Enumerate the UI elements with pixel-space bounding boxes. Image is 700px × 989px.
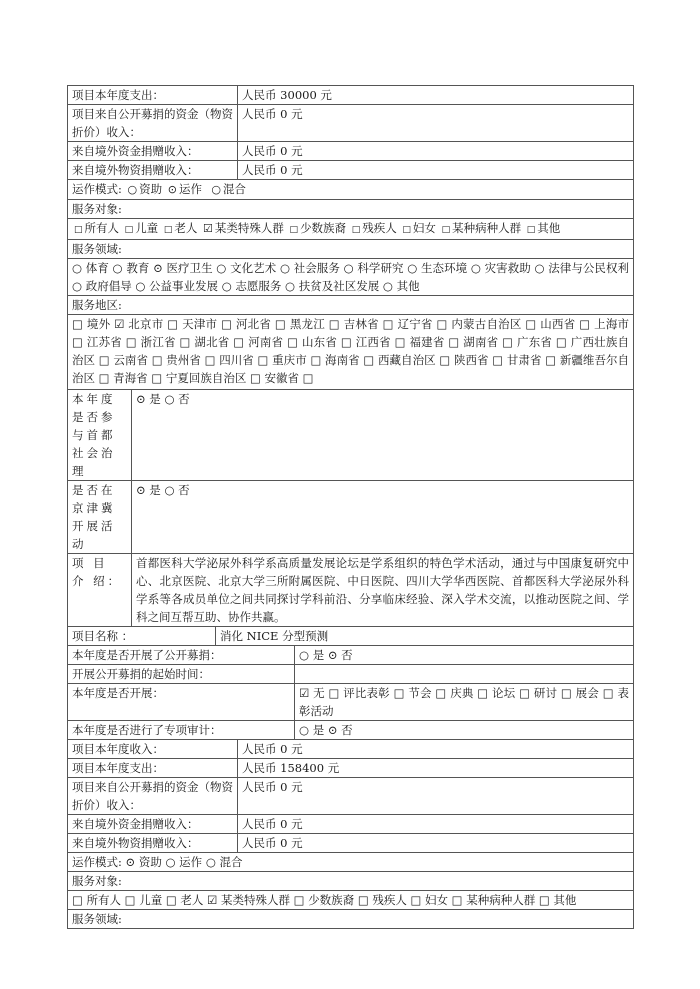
row-expense: 项目本年度支出： 人民币 30000 元 (68, 86, 634, 105)
radio-selected-icon[interactable]: ⊙ (168, 181, 177, 199)
radio-unselected-icon[interactable]: ○ (211, 181, 221, 199)
operation-mode-label: 运作模式: (72, 855, 122, 869)
row-service-fields-label: 服务领域: (68, 240, 634, 259)
row-foreign-goods2: 来自境外物资捐赠收入： 人民币 0 元 (68, 834, 634, 853)
service-targets-label: 服务对象: (68, 872, 634, 891)
capital-governance-label: 本年度是否参与首都社会治理 (68, 390, 132, 481)
activities-value[interactable]: ☑ 无 □ 评比表彰 □ 节会 □ 庆典 □ 论坛 □ 研讨 □ 展会 □ 表彰… (295, 684, 634, 721)
operation-mode: 运作模式: ○资助 ⊙运作 ○混合 (68, 180, 634, 200)
checkbox-checked-icon[interactable]: ☑ (203, 220, 213, 238)
checkbox-icon[interactable]: □ (402, 221, 411, 239)
checkbox-icon[interactable]: □ (442, 221, 451, 239)
foreign-goods-label: 来自境外物资捐赠收入： (68, 834, 238, 853)
service-regions-options[interactable]: □ 境外 ☑ 北京市 □ 天津市 □ 河北省 □ 黑龙江 □ 吉林省 □ 辽宁省… (68, 315, 634, 390)
checkbox-icon[interactable]: □ (125, 221, 134, 239)
row-jjj-activity: 是否在京津冀开展活动 ⊙ 是 ○ 否 (68, 481, 634, 554)
foreign-cash-value: 人民币 0 元 (238, 815, 634, 834)
row-service-targets-label2: 服务对象: (68, 872, 634, 891)
foreign-goods-value: 人民币 0 元 (238, 834, 634, 853)
project-name-label: 项目名称 ： (68, 627, 216, 646)
row-income: 项目本年度收入： 人民币 0 元 (68, 740, 634, 759)
start-time-value (295, 665, 634, 684)
foreign-cash-value: 人民币 0 元 (238, 142, 634, 161)
audit-label: 本年度是否进行了专项审计： (68, 721, 295, 740)
option-label: 少数族裔 (300, 221, 346, 235)
option-label: 妇女 (413, 221, 436, 235)
row-foreign-cash2: 来自境外资金捐赠收入： 人民币 0 元 (68, 815, 634, 834)
expense-label: 项目本年度支出： (68, 86, 238, 105)
expense-value: 人民币 30000 元 (238, 86, 634, 105)
row-operation-mode: 运作模式: ○资助 ⊙运作 ○混合 (68, 180, 634, 200)
service-fields-options[interactable]: ○ 体育 ○ 教育 ⊙ 医疗卫生 ○ 文化艺术 ○ 社会服务 ○ 科学研究 ○ … (68, 259, 634, 296)
option-label: 资助 (139, 182, 162, 196)
income-value: 人民币 0 元 (238, 740, 634, 759)
foreign-cash-label: 来自境外资金捐赠收入： (68, 142, 238, 161)
operation-mode-options[interactable]: ⊙ 资助 ○ 运作 ○ 混合 (126, 855, 243, 869)
start-time-label: 开展公开募捐的起始时间： (68, 665, 295, 684)
public-fund-value: 人民币 0 元 (238, 105, 634, 142)
project-table-section3: 项目本年度收入： 人民币 0 元 项目本年度支出： 人民币 158400 元 项… (67, 739, 634, 929)
jjj-activity-label: 是否在京津冀开展活动 (68, 481, 132, 554)
service-fields-label: 服务领域: (68, 240, 634, 259)
row-public-fund: 项目来自公开募捐的资金（物资折价）收入： 人民币 0 元 (68, 105, 634, 142)
project-table: 项目本年度支出： 人民币 30000 元 项目来自公开募捐的资金（物资折价）收入… (67, 85, 634, 646)
service-targets-options: □所有人 □儿童 □老人 ☑某类特殊人群 □少数族裔 □残疾人 □妇女 □某种病… (68, 219, 634, 240)
expense-value: 人民币 158400 元 (238, 759, 634, 778)
row-public-fund2: 项目来自公开募捐的资金（物资折价）收入： 人民币 0 元 (68, 778, 634, 815)
checkbox-icon[interactable]: □ (352, 221, 361, 239)
public-fund-value: 人民币 0 元 (238, 778, 634, 815)
row-service-targets2: □ 所有人 □ 儿童 □ 老人 ☑ 某类特殊人群 □ 少数族裔 □ 残疾人 □ … (68, 891, 634, 910)
option-label: 某种病种人群 (452, 221, 521, 235)
row-audit: 本年度是否进行了专项审计： ○ 是 ⊙ 否 (68, 721, 634, 740)
row-service-fields: ○ 体育 ○ 教育 ⊙ 医疗卫生 ○ 文化艺术 ○ 社会服务 ○ 科学研究 ○ … (68, 259, 634, 296)
row-public-fundraising: 本年度是否开展了公开募捐： ○ 是 ⊙ 否 (68, 646, 634, 665)
checkbox-icon[interactable]: □ (290, 221, 299, 239)
checkbox-icon[interactable]: □ (74, 221, 83, 239)
row-service-regions: □ 境外 ☑ 北京市 □ 天津市 □ 河北省 □ 黑龙江 □ 吉林省 □ 辽宁省… (68, 315, 634, 390)
option-label: 某类特殊人群 (215, 221, 284, 235)
intro-text: 首都医科大学泌尿外科学系高质量发展论坛是学系组织的特色学术活动，通过与中国康复研… (132, 554, 634, 627)
option-label: 所有人 (85, 221, 120, 235)
income-label: 项目本年度收入： (68, 740, 238, 759)
row-project-name: 项目名称 ： 消化 NICE 分型预测 (68, 627, 634, 646)
row-capital-governance: 本年度是否参与首都社会治理 ⊙ 是 ○ 否 (68, 390, 634, 481)
row-expense2: 项目本年度支出： 人民币 158400 元 (68, 759, 634, 778)
audit-value[interactable]: ○ 是 ⊙ 否 (295, 721, 634, 740)
report-page: 项目本年度支出： 人民币 30000 元 项目来自公开募捐的资金（物资折价）收入… (67, 85, 633, 929)
activities-label: 本年度是否开展： (68, 684, 295, 721)
public-fundraising-label: 本年度是否开展了公开募捐： (68, 646, 295, 665)
project-name-value: 消化 NICE 分型预测 (216, 627, 634, 646)
option-label: 其他 (537, 221, 560, 235)
row-service-fields-label2: 服务领域: (68, 910, 634, 929)
row-foreign-cash: 来自境外资金捐赠收入： 人民币 0 元 (68, 142, 634, 161)
checkbox-icon[interactable]: □ (164, 221, 173, 239)
row-foreign-goods: 来自境外物资捐赠收入： 人民币 0 元 (68, 161, 634, 180)
public-fund-label: 项目来自公开募捐的资金（物资折价）收入： (68, 778, 238, 815)
service-regions-label: 服务地区: (68, 296, 634, 315)
option-label: 老人 (174, 221, 197, 235)
row-service-regions-label: 服务地区: (68, 296, 634, 315)
intro-label: 项 目 介 绍： (68, 554, 132, 627)
foreign-goods-label: 来自境外物资捐赠收入： (68, 161, 238, 180)
row-service-targets: □所有人 □儿童 □老人 ☑某类特殊人群 □少数族裔 □残疾人 □妇女 □某种病… (68, 219, 634, 240)
checkbox-icon[interactable]: □ (527, 221, 536, 239)
service-targets-label: 服务对象: (68, 200, 634, 219)
option-label: 混合 (223, 182, 246, 196)
project-table-section2: 本年度是否开展了公开募捐： ○ 是 ⊙ 否 开展公开募捐的起始时间： 本年度是否… (67, 645, 634, 740)
operation-mode: 运作模式: ⊙ 资助 ○ 运作 ○ 混合 (68, 853, 634, 872)
option-label: 残疾人 (362, 221, 397, 235)
expense-label: 项目本年度支出： (68, 759, 238, 778)
row-operation-mode2: 运作模式: ⊙ 资助 ○ 运作 ○ 混合 (68, 853, 634, 872)
service-targets-options[interactable]: □ 所有人 □ 儿童 □ 老人 ☑ 某类特殊人群 □ 少数族裔 □ 残疾人 □ … (68, 891, 634, 910)
service-fields-label: 服务领域: (68, 910, 634, 929)
radio-unselected-icon[interactable]: ○ (128, 181, 138, 199)
public-fund-label: 项目来自公开募捐的资金（物资折价）收入： (68, 105, 238, 142)
foreign-cash-label: 来自境外资金捐赠收入： (68, 815, 238, 834)
option-label: 运作 (179, 182, 202, 196)
row-activities: 本年度是否开展： ☑ 无 □ 评比表彰 □ 节会 □ 庆典 □ 论坛 □ 研讨 … (68, 684, 634, 721)
foreign-goods-value: 人民币 0 元 (238, 161, 634, 180)
jjj-activity-value[interactable]: ⊙ 是 ○ 否 (132, 481, 634, 554)
public-fundraising-value[interactable]: ○ 是 ⊙ 否 (295, 646, 634, 665)
option-label: 儿童 (135, 221, 158, 235)
row-service-targets-label: 服务对象: (68, 200, 634, 219)
capital-governance-value[interactable]: ⊙ 是 ○ 否 (132, 390, 634, 481)
row-intro: 项 目 介 绍： 首都医科大学泌尿外科学系高质量发展论坛是学系组织的特色学术活动… (68, 554, 634, 627)
operation-mode-label: 运作模式: (72, 182, 122, 196)
row-start-time: 开展公开募捐的起始时间： (68, 665, 634, 684)
